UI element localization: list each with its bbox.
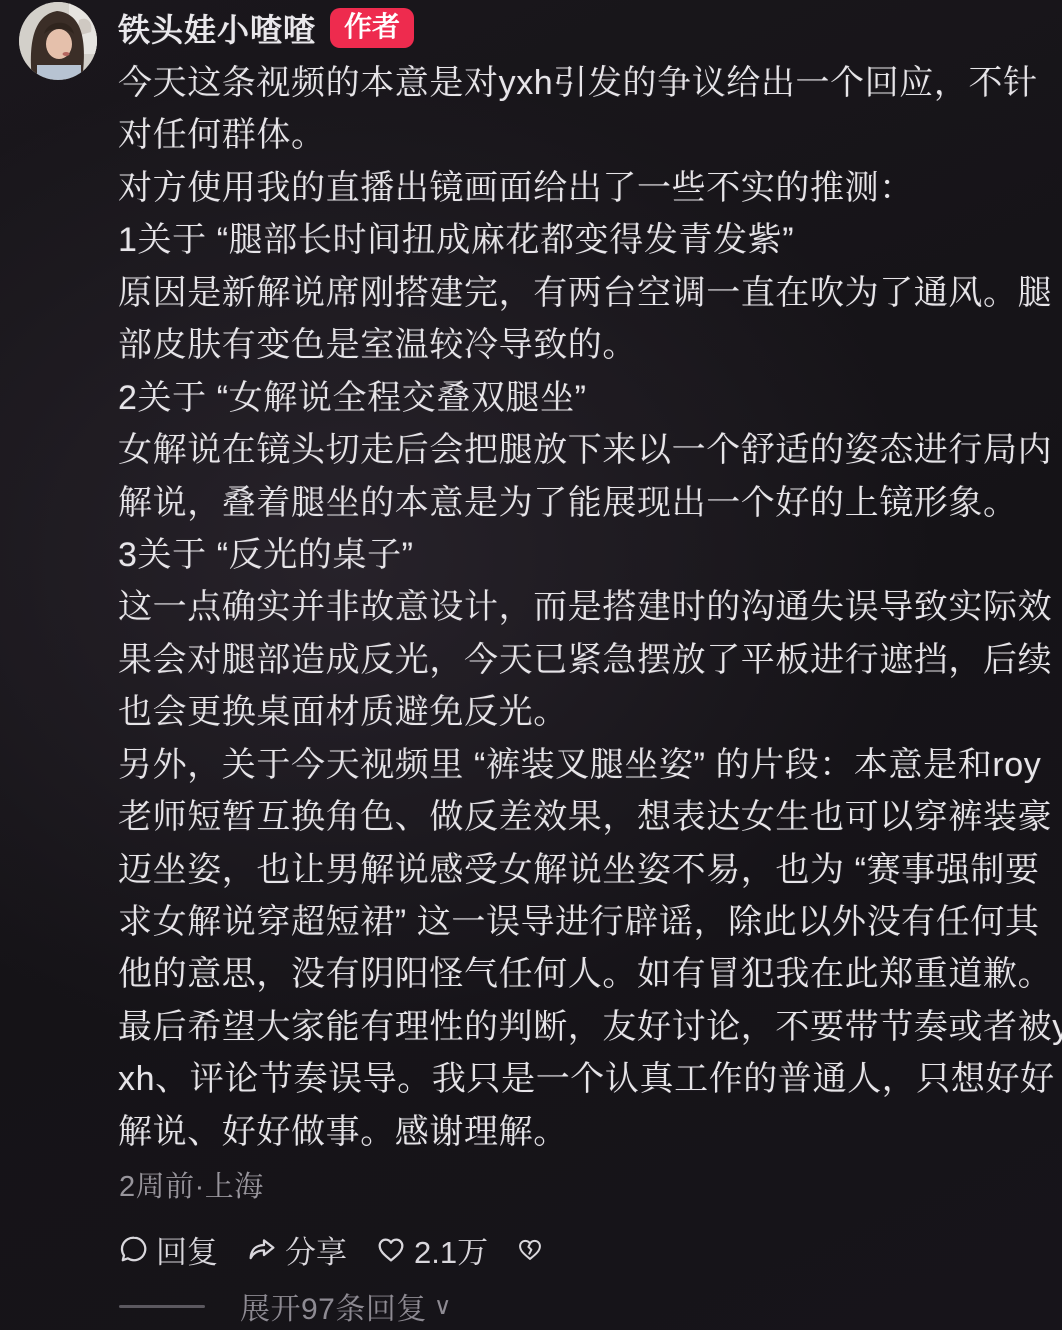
speech-bubble-icon (118, 1233, 150, 1265)
username[interactable]: 铁头娃小喳喳 (118, 5, 316, 51)
comment-text-line: 老师短暂互换角色、做反差效果，想表达女生也可以穿裤装豪 (118, 791, 1062, 843)
avatar[interactable] (19, 2, 97, 80)
heart-icon (374, 1233, 408, 1265)
author-badge: 作者 (330, 8, 414, 48)
expand-replies[interactable]: 展开97条回复 ∨ (119, 1286, 452, 1326)
comment-text-line: 另外，关于今天视频里 “裤装叉腿坐姿” 的片段：本意是和roy (118, 739, 1062, 791)
timestamp-location: 2周前·上海 (119, 1164, 264, 1205)
comment-text-line: 果会对腿部造成反光，今天已紧急摆放了平板进行遮挡，后续 (118, 634, 1062, 686)
comment-text-line: 女解说在镜头切走后会把腿放下来以一个舒适的姿态进行局内 (118, 424, 1062, 476)
reply-button[interactable]: 回复 (118, 1227, 218, 1272)
comment-text-line: 2关于 “女解说全程交叠双腿坐” (118, 372, 1062, 424)
share-label: 分享 (285, 1227, 347, 1272)
expand-replies-label: 展开97条回复 (240, 1284, 427, 1328)
comment-text-line: 3关于 “反光的桌子” (118, 529, 1062, 581)
action-bar: 回复 分享 2.1万 (118, 1226, 545, 1272)
avatar-image (19, 2, 97, 80)
comment-card: 铁头娃小喳喳 作者 今天这条视频的本意是对yxh引发的争议给出一个回应，不针对任… (0, 0, 1062, 1330)
comment-text-line: 他的意思，没有阴阳怪气任何人。如有冒犯我在此郑重道歉。 (118, 948, 1062, 1000)
share-button[interactable]: 分享 (245, 1227, 347, 1272)
user-row: 铁头娃小喳喳 作者 (118, 5, 414, 51)
broken-heart-icon (515, 1235, 545, 1263)
comment-text: 今天这条视频的本意是对yxh引发的争议给出一个回应，不针对任何群体。对方使用我的… (118, 57, 1062, 1158)
comment-text-line: 今天这条视频的本意是对yxh引发的争议给出一个回应，不针 (118, 57, 1062, 109)
comment-text-line: 也会更换桌面材质避免反光。 (118, 686, 1062, 738)
like-button[interactable]: 2.1万 (374, 1227, 488, 1272)
share-arrow-icon (245, 1233, 279, 1265)
like-count: 2.1万 (414, 1227, 488, 1272)
dislike-button[interactable] (515, 1235, 545, 1263)
comment-text-line: 最后希望大家能有理性的判断，友好讨论，不要带节奏或者被y (118, 1001, 1062, 1053)
comment-text-line: 部皮肤有变色是室温较冷导致的。 (118, 319, 1062, 371)
divider-dash (119, 1305, 205, 1308)
comment-text-line: 对任何群体。 (118, 109, 1062, 161)
comment-text-line: 解说，叠着腿坐的本意是为了能展现出一个好的上镜形象。 (118, 477, 1062, 529)
comment-text-line: xh、评论节奏误导。我只是一个认真工作的普通人，只想好好 (118, 1053, 1062, 1105)
comment-text-line: 解说、好好做事。感谢理解。 (118, 1106, 1062, 1158)
comment-text-line: 迈坐姿，也让男解说感受女解说坐姿不易，也为 “赛事强制要 (118, 844, 1062, 896)
chevron-down-icon: ∨ (434, 1292, 452, 1321)
comment-text-line: 1关于 “腿部长时间扭成麻花都变得发青发紫” (118, 214, 1062, 266)
comment-text-line: 这一点确实并非故意设计，而是搭建时的沟通失误导致实际效 (118, 581, 1062, 633)
comment-text-line: 对方使用我的直播出镜画面给出了一些不实的推测： (118, 162, 1062, 214)
comment-text-line: 原因是新解说席刚搭建完，有两台空调一直在吹为了通风。腿 (118, 267, 1062, 319)
reply-label: 回复 (156, 1227, 218, 1272)
comment-text-line: 求女解说穿超短裙” 这一误导进行辟谣，除此以外没有任何其 (118, 896, 1062, 948)
